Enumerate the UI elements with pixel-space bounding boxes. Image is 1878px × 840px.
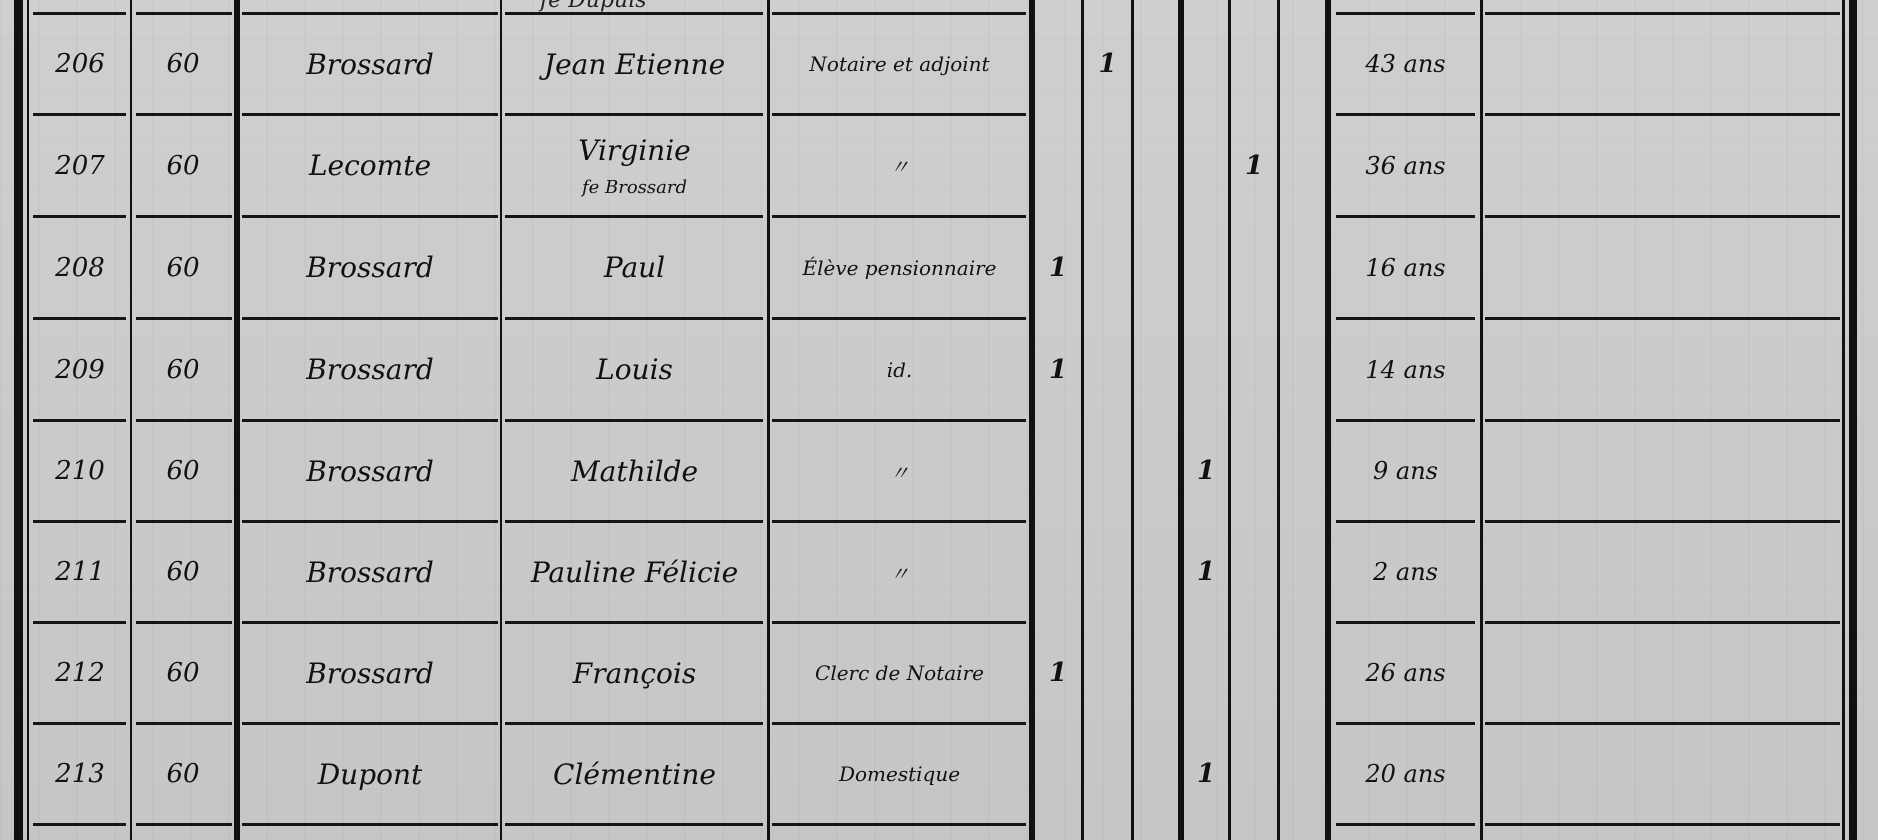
- tally-mark-col-5: [1231, 422, 1277, 520]
- tally-mark-col-5: [1231, 624, 1277, 722]
- tally-mark-col-1: [1035, 116, 1081, 215]
- occupation: Clerc de Notaire: [770, 624, 1029, 722]
- remarks: [1483, 15, 1842, 113]
- tally-mark-col-3: [1134, 422, 1178, 520]
- age: 26 ans: [1331, 624, 1480, 722]
- first-name: Mathilde: [502, 422, 767, 520]
- tally-mark-col-2: [1084, 725, 1131, 823]
- line-number: 207: [30, 116, 130, 215]
- age: 14 ans: [1331, 320, 1480, 419]
- line-number: 212: [30, 624, 130, 722]
- row-divider: [772, 823, 1026, 826]
- occupation: 〃: [770, 422, 1029, 520]
- tally-mark-col-3: [1134, 116, 1178, 215]
- tally-mark-col-4: [1184, 320, 1228, 419]
- first-name: Pauline Félicie: [502, 523, 767, 621]
- household-number: 60: [132, 15, 234, 113]
- tally-mark-col-3: [1134, 725, 1178, 823]
- remarks: [1483, 725, 1842, 823]
- tally-mark-col-6: [1280, 422, 1325, 520]
- occupation: 〃: [770, 523, 1029, 621]
- surname: Brossard: [240, 624, 500, 722]
- surname: Brossard: [240, 218, 500, 317]
- tally-mark-col-2: [1084, 218, 1131, 317]
- household-number: 60: [132, 320, 234, 419]
- tally-mark-col-1: 1: [1035, 218, 1081, 317]
- surname: Brossard: [240, 15, 500, 113]
- surname: Brossard: [240, 320, 500, 419]
- occupation: id.: [770, 320, 1029, 419]
- household-number: 60: [132, 422, 234, 520]
- first-name: Virginie: [502, 116, 767, 215]
- first-name: Louis: [502, 320, 767, 419]
- tally-mark-col-6: [1280, 15, 1325, 113]
- age: 36 ans: [1331, 116, 1480, 215]
- tally-mark-col-4: [1184, 116, 1228, 215]
- tally-mark-col-1: [1035, 725, 1081, 823]
- tally-mark-col-4: [1184, 218, 1228, 317]
- tally-mark-col-4: [1184, 624, 1228, 722]
- household-number: 60: [132, 725, 234, 823]
- tally-mark-col-6: [1280, 624, 1325, 722]
- tally-mark-col-1: [1035, 15, 1081, 113]
- tally-mark-col-1: 1: [1035, 320, 1081, 419]
- tally-mark-col-3: [1134, 624, 1178, 722]
- tally-mark-col-4: 1: [1184, 523, 1228, 621]
- occupation: Domestique: [770, 725, 1029, 823]
- right-border-outer: [1849, 0, 1857, 840]
- age: 16 ans: [1331, 218, 1480, 317]
- age: 20 ans: [1331, 725, 1480, 823]
- tally-mark-col-5: [1231, 15, 1277, 113]
- rule-line-no-left: [27, 0, 29, 840]
- row-divider: [136, 823, 232, 826]
- first-name: François: [502, 624, 767, 722]
- surname: Brossard: [240, 523, 500, 621]
- line-number: 209: [30, 320, 130, 419]
- line-number: 210: [30, 422, 130, 520]
- first-name-note: fe Brossard: [512, 174, 757, 200]
- household-number: 60: [132, 523, 234, 621]
- line-number: 206: [30, 15, 130, 113]
- tally-mark-col-2: [1084, 523, 1131, 621]
- tally-mark-col-5: [1231, 523, 1277, 621]
- tally-mark-col-5: [1231, 218, 1277, 317]
- surname: Brossard: [240, 422, 500, 520]
- tally-mark-col-2: [1084, 116, 1131, 215]
- row-divider: [1485, 823, 1840, 826]
- row-divider: [33, 823, 126, 826]
- tally-mark-col-1: 1: [1035, 624, 1081, 722]
- tally-mark-col-3: [1134, 15, 1178, 113]
- census-register-page: fe Dupuis 20660BrossardJean EtienneNotai…: [0, 0, 1878, 840]
- surname: Dupont: [240, 725, 500, 823]
- tally-mark-col-2: 1: [1084, 15, 1131, 113]
- tally-mark-col-2: [1084, 320, 1131, 419]
- top-partial-text: fe Dupuis: [540, 0, 647, 13]
- right-border-inner: [1842, 0, 1845, 840]
- occupation: Notaire et adjoint: [770, 15, 1029, 113]
- occupation: 〃: [770, 116, 1029, 215]
- remarks: [1483, 422, 1842, 520]
- line-number: 211: [30, 523, 130, 621]
- row-divider: [242, 823, 498, 826]
- household-number: 60: [132, 624, 234, 722]
- remarks: [1483, 218, 1842, 317]
- age: 9 ans: [1331, 422, 1480, 520]
- tally-mark-col-1: [1035, 523, 1081, 621]
- left-page-border: [14, 0, 23, 840]
- line-number: 208: [30, 218, 130, 317]
- tally-mark-col-6: [1280, 218, 1325, 317]
- remarks: [1483, 624, 1842, 722]
- surname: Lecomte: [240, 116, 500, 215]
- household-number: 60: [132, 116, 234, 215]
- tally-mark-col-3: [1134, 218, 1178, 317]
- tally-mark-col-4: [1184, 15, 1228, 113]
- age: 43 ans: [1331, 15, 1480, 113]
- tally-mark-col-5: [1231, 320, 1277, 419]
- first-name: Paul: [502, 218, 767, 317]
- row-divider: [1336, 823, 1475, 826]
- remarks: [1483, 116, 1842, 215]
- tally-mark-col-1: [1035, 422, 1081, 520]
- tally-mark-col-2: [1084, 422, 1131, 520]
- row-divider: [505, 823, 763, 826]
- tally-mark-col-3: [1134, 523, 1178, 621]
- occupation: Élève pensionnaire: [770, 218, 1029, 317]
- tally-mark-col-6: [1280, 320, 1325, 419]
- tally-mark-col-4: 1: [1184, 725, 1228, 823]
- age: 2 ans: [1331, 523, 1480, 621]
- tally-mark-col-2: [1084, 624, 1131, 722]
- tally-mark-col-3: [1134, 320, 1178, 419]
- tally-mark-col-5: [1231, 725, 1277, 823]
- remarks: [1483, 320, 1842, 419]
- household-number: 60: [132, 218, 234, 317]
- tally-mark-col-5: 1: [1231, 116, 1277, 215]
- tally-mark-col-4: 1: [1184, 422, 1228, 520]
- tally-mark-col-6: [1280, 116, 1325, 215]
- first-name: Jean Etienne: [502, 15, 767, 113]
- first-name: Clémentine: [502, 725, 767, 823]
- line-number: 213: [30, 725, 130, 823]
- remarks: [1483, 523, 1842, 621]
- tally-mark-col-6: [1280, 725, 1325, 823]
- tally-mark-col-6: [1280, 523, 1325, 621]
